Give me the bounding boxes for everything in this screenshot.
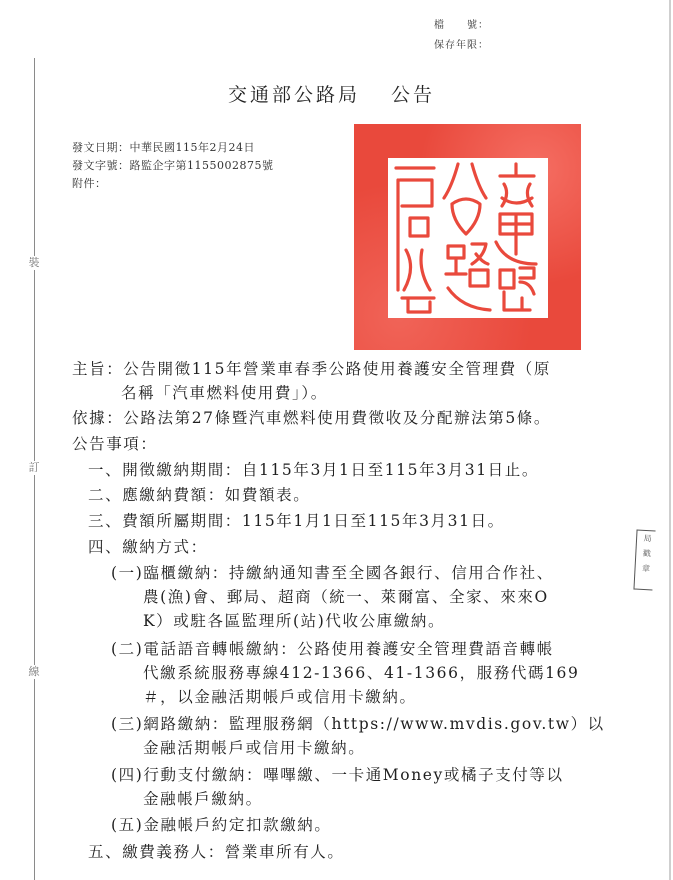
method-2-line-2: 代繳系統服務專線412-1366、41-1366，服務代碼169	[143, 661, 579, 683]
subject-line-1: 主旨：公告開徵115年營業車春季公路使用養護安全管理費（原	[72, 357, 551, 379]
issue-date-label: 發文日期：	[72, 141, 130, 154]
attachment-label: 附件：	[72, 175, 107, 191]
binding-char-xian: 線	[27, 665, 41, 679]
issue-ref-label: 發文字號：	[72, 159, 130, 172]
item-4: 四、繳納方式：	[88, 535, 208, 557]
issue-ref-value: 路監企字第1155002875號	[130, 159, 274, 172]
binding-char-ding: 訂	[27, 461, 41, 475]
method-4-line-1: (四)行動支付繳納：嗶嗶繳、一卡通Money或橘子支付等以	[111, 763, 564, 785]
method-1-line-3: K）或駐各區監理所(站)代收公庫繳納。	[143, 609, 445, 631]
item-2: 二、應繳納費額：如費額表。	[88, 483, 310, 505]
binding-char-zhuang: 裝	[27, 256, 41, 270]
method-4-line-2: 金融帳戶繳納。	[143, 787, 263, 809]
subject-line-2: 名稱「汽車燃料使用費」）。	[121, 381, 328, 403]
item-5: 五、繳費義務人：營業車所有人。	[88, 840, 345, 862]
seal-inner-panel	[388, 158, 548, 318]
method-1-line-2: 農(漁)會、郵局、超商（統一、萊爾富、全家、來來O	[143, 585, 549, 607]
method-5-line-1: (五)金融帳戶約定扣款繳納。	[111, 813, 332, 835]
method-3-line-2: 金融活期帳戶或信用卡繳納。	[143, 736, 365, 758]
issue-date-value: 中華民國115年2月24日	[130, 141, 256, 154]
items-heading: 公告事項：	[72, 432, 158, 454]
method-3-line-1: (三)網路繳納：監理服務網（https://www.mvdis.gov.tw）以	[111, 712, 605, 734]
seal-glyphs-icon	[388, 158, 548, 318]
method-1-line-1: (一)臨櫃繳納：持繳納通知書至全國各銀行、信用合作社、	[111, 561, 554, 583]
margin-stamp-char-2: 戳	[639, 546, 655, 562]
basis-line: 依據：公路法第27條暨汽車燃料使用費徵收及分配辦法第5條。	[72, 406, 551, 428]
official-seal	[354, 124, 581, 350]
file-number-label: 檔 號：	[434, 16, 489, 31]
document-title: 交通部公路局 公告	[228, 80, 435, 107]
method-2-line-1: (二)電話語音轉帳繳納：公路使用養護安全管理費語音轉帳	[111, 637, 554, 659]
margin-stamp: 局 戳 章	[633, 530, 655, 591]
retention-period-label: 保存年限：	[434, 36, 489, 51]
margin-stamp-char-1: 局	[640, 531, 656, 547]
method-2-line-3: ＃，以金融活期帳戶或信用卡繳納。	[143, 685, 417, 707]
item-3: 三、費額所屬期間：115年1月1日至115年3月31日。	[88, 509, 505, 531]
item-1: 一、開徵繳納期間：自115年3月1日至115年3月31日止。	[88, 458, 539, 480]
issue-date: 發文日期：中華民國115年2月24日	[72, 139, 255, 155]
page-right-edge	[669, 0, 671, 880]
margin-stamp-char-3: 章	[638, 561, 654, 577]
issue-reference: 發文字號：路監企字第1155002875號	[72, 157, 274, 173]
